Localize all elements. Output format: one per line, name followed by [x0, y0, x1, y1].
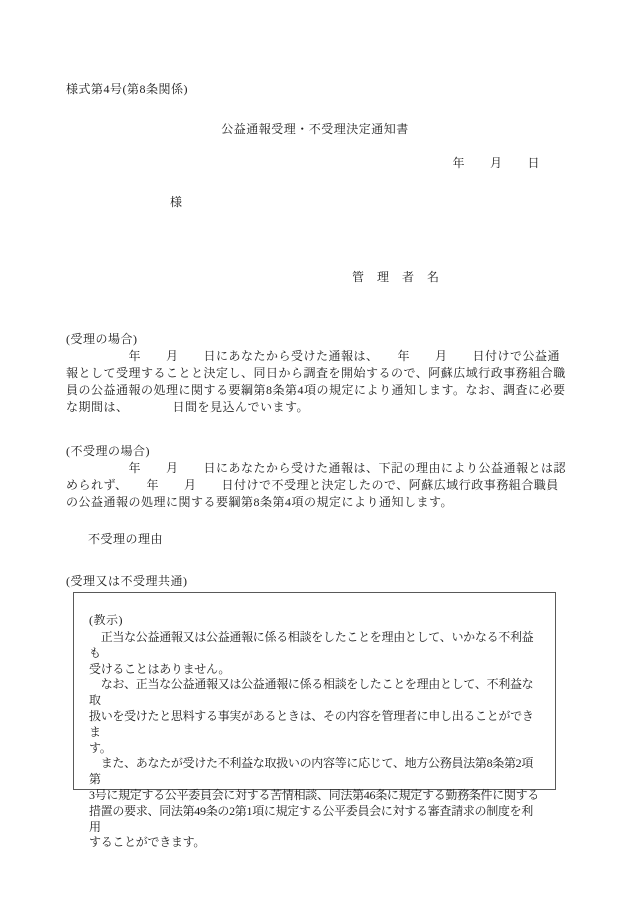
- common-section-heading: (受理又は不受理共通): [66, 573, 188, 590]
- guidance-box-paragraph: 正当な公益通報又は公益通報に係る相談をしたことを理由として、いかなる不利益も 受…: [89, 630, 543, 851]
- date-line: 年 月 日: [0, 155, 540, 172]
- guidance-notice-box: (教示) 正当な公益通報又は公益通報に係る相談をしたことを理由として、いかなる不…: [73, 592, 556, 790]
- rejection-reason-label: 不受理の理由: [88, 531, 163, 548]
- rejection-paragraph: 年 月 日にあなたから受けた通報は、下記の理由により公益通報とは認 められず、 …: [66, 460, 606, 511]
- addressee-suffix: 様: [170, 194, 183, 211]
- acceptance-paragraph: 年 月 日にあなたから受けた通報は、 年 月 日付けで公益通 報として受理するこ…: [66, 348, 606, 416]
- acceptance-section-heading: (受理の場合): [66, 331, 606, 348]
- rejection-section: (不受理の場合) 年 月 日にあなたから受けた通報は、下記の理由により公益通報と…: [66, 443, 606, 511]
- form-number: 様式第4号(第8条関係): [66, 81, 188, 98]
- notification-document-page: 様式第4号(第8条関係) 公益通報受理・不受理決定通知書 年 月 日 様 管 理…: [0, 0, 630, 915]
- acceptance-section: (受理の場合) 年 月 日にあなたから受けた通報は、 年 月 日付けで公益通 報…: [66, 331, 606, 416]
- manager-name-label: 管 理 者 名: [352, 269, 440, 286]
- document-title: 公益通報受理・不受理決定通知書: [0, 121, 630, 138]
- guidance-box-heading: (教示): [89, 612, 543, 628]
- rejection-section-heading: (不受理の場合): [66, 443, 606, 460]
